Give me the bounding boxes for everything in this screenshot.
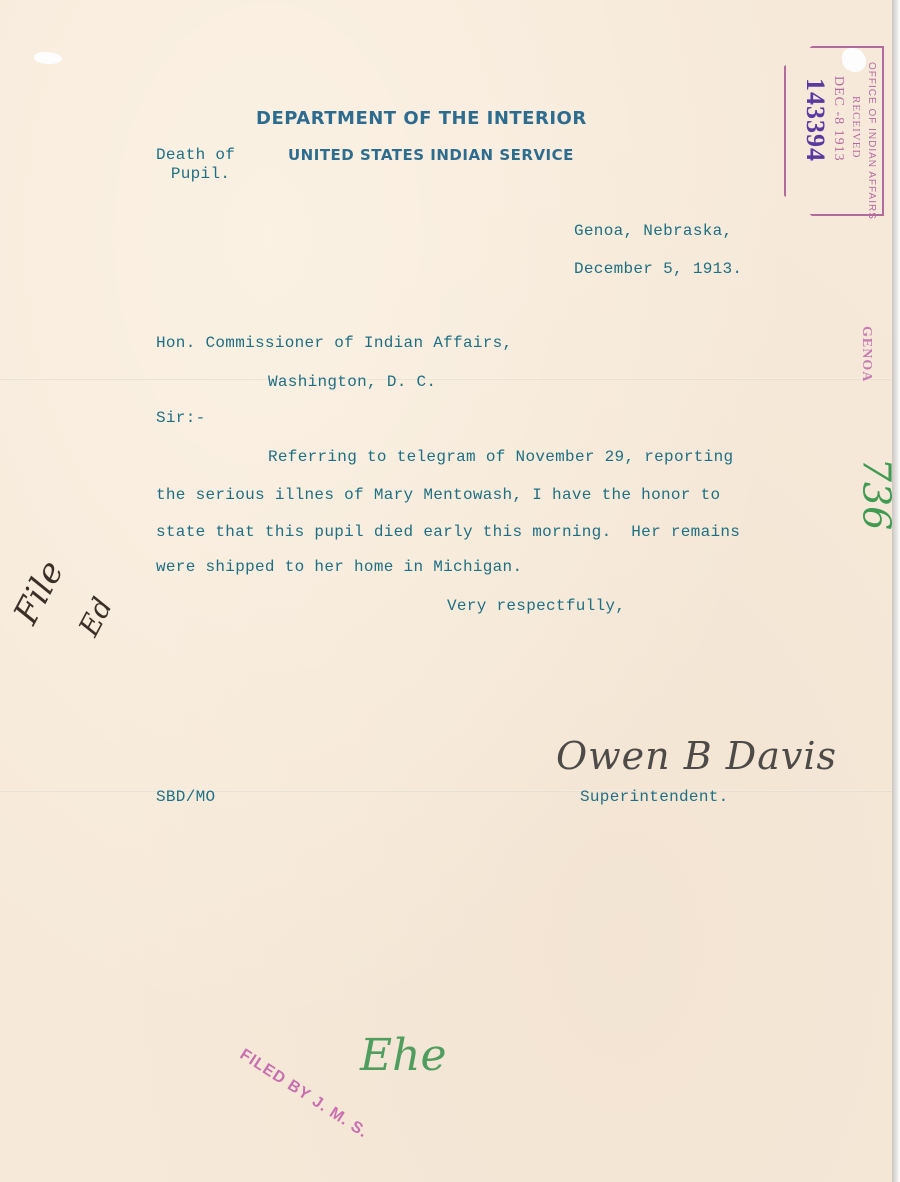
body-line: Referring to telegram of November 29, re… (268, 448, 733, 466)
body-line: the serious illnes of Mary Mentowash, I … (156, 486, 720, 504)
genoa-stamp: GENOA (858, 326, 874, 382)
salutation: Sir:- (156, 409, 206, 427)
signatory-title: Superintendent. (580, 788, 729, 806)
margin-number-annotation: 736 (854, 458, 898, 531)
letterhead-department: DEPARTMENT OF THE INTERIOR (256, 108, 587, 129)
inside-address-line-2: Washington, D. C. (268, 373, 436, 391)
complimentary-close: Very respectfully, (447, 597, 625, 615)
subject-line-2: Pupil. (161, 165, 230, 183)
reference-initials: SBD/MO (156, 788, 215, 806)
bottom-initials-annotation: Ehe (360, 1030, 447, 1081)
subject-note: Death of Pupil. (156, 146, 235, 184)
page-edge (892, 0, 900, 1182)
fold-line (0, 378, 892, 380)
fold-line (0, 790, 892, 792)
handwritten-signature: Owen B Davis (556, 734, 837, 778)
letterhead-service: UNITED STATES INDIAN SERVICE (288, 146, 574, 164)
letter-page (0, 0, 892, 1182)
inside-address-line-1: Hon. Commissioner of Indian Affairs, (156, 334, 512, 352)
subject-line-1: Death of (156, 146, 235, 164)
received-stamp-label: RECEIVED (850, 96, 862, 158)
received-stamp-office: OFFICE OF INDIAN AFFAIRS (866, 62, 877, 220)
dateline-date: December 5, 1913. (574, 260, 742, 278)
body-line: state that this pupil died early this mo… (156, 523, 740, 541)
received-stamp-date: DEC -8 1913 (830, 76, 846, 162)
body-line: were shipped to her home in Michigan. (156, 558, 522, 576)
received-stamp-number: 143394 (800, 78, 830, 162)
dateline-place: Genoa, Nebraska, (574, 222, 732, 240)
staple-hole (34, 52, 62, 64)
